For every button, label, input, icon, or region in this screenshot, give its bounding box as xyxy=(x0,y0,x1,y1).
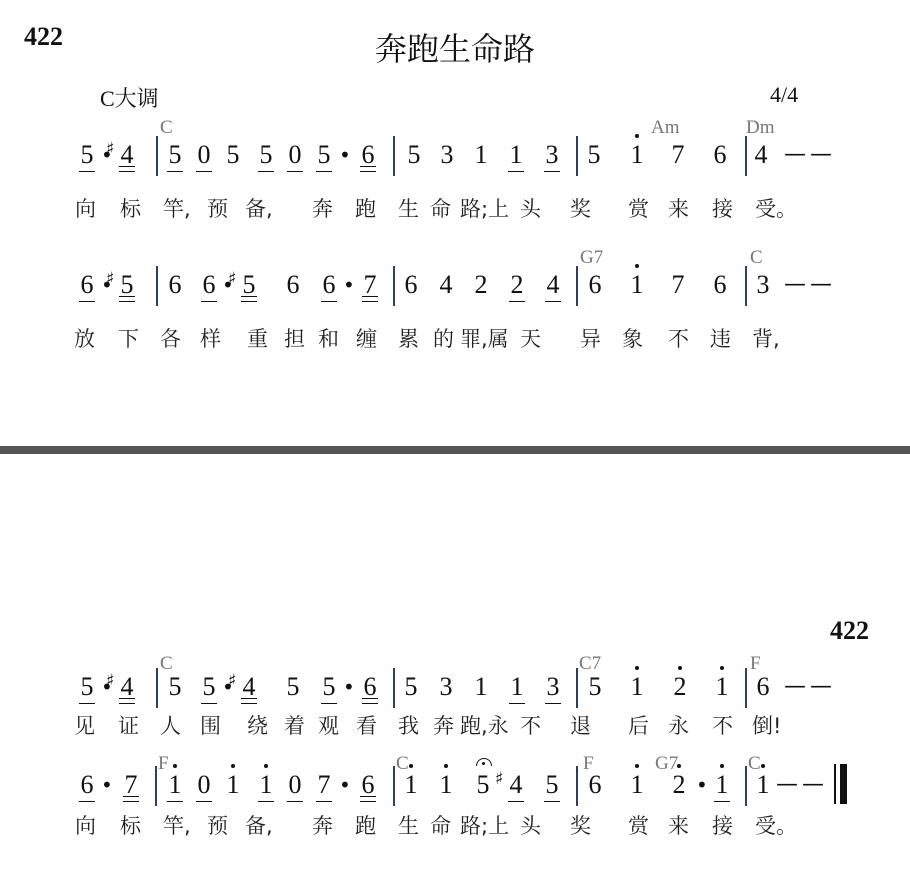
note: 3 xyxy=(752,270,774,300)
note: 5 xyxy=(313,140,335,170)
note: 1 xyxy=(255,770,277,800)
lyric-syllable: 竿, xyxy=(163,812,191,840)
lyric-syllable: 竿, xyxy=(163,195,191,223)
lyric-syllable: 不 xyxy=(712,712,733,740)
note: 3 xyxy=(542,672,564,702)
lyric-syllable: 看 xyxy=(356,712,377,740)
lyric-syllable: 跑,永 xyxy=(460,712,509,740)
lyric-syllable: 下 xyxy=(118,325,139,353)
note: 5♯ xyxy=(238,270,260,300)
lyric-syllable: 永 xyxy=(668,712,689,740)
note: 6 xyxy=(76,770,98,800)
lyric-syllable: 生 xyxy=(398,195,419,223)
note: 6 xyxy=(76,270,98,300)
bar-line xyxy=(156,136,158,176)
lyric-syllable: 备, xyxy=(245,195,273,223)
note: 7 xyxy=(313,770,335,800)
lyric-syllable: 退 xyxy=(570,712,591,740)
note: 1 xyxy=(752,770,774,800)
note: 3 xyxy=(541,140,563,170)
lyric-syllable: 奖 xyxy=(570,195,591,223)
lyric-syllable: 人 xyxy=(160,712,181,740)
chord-symbol: Dm xyxy=(746,118,775,138)
lyric-syllable: 命 xyxy=(430,812,451,840)
bar-line xyxy=(393,668,395,708)
sustain-dashes: —— xyxy=(784,672,836,702)
chord-symbol: C xyxy=(160,118,173,138)
sharp-icon: ♯ xyxy=(106,666,114,696)
sustain-dashes: —— xyxy=(784,270,836,300)
lyric-syllable: 生 xyxy=(398,812,419,840)
dotted-note-dot: • xyxy=(696,770,708,800)
note: 4 xyxy=(750,140,772,170)
bar-line xyxy=(745,136,747,176)
lyric-syllable: 象 xyxy=(622,325,643,353)
lyric-syllable: 受。 xyxy=(755,812,797,840)
bar-line xyxy=(576,668,578,708)
lyric-syllable: 向 xyxy=(75,195,96,223)
note: 1 xyxy=(626,770,648,800)
note: 6 xyxy=(400,270,422,300)
note: 3 xyxy=(436,140,458,170)
note: 0 xyxy=(284,770,306,800)
lyric-syllable: 奔 xyxy=(312,195,333,223)
lyric-syllable: 证 xyxy=(118,712,139,740)
lyric-syllable: 围 xyxy=(200,712,221,740)
lyric-syllable: 各 xyxy=(160,325,181,353)
dotted-note-dot: • xyxy=(343,672,355,702)
bar-line xyxy=(745,266,747,306)
time-signature: 4/4 xyxy=(770,82,798,108)
note: 5 xyxy=(198,672,220,702)
lyric-syllable: 命 xyxy=(430,195,451,223)
notation-line: 5•4♯505505•65311351764—— xyxy=(0,140,910,190)
note: 6 xyxy=(584,770,606,800)
note: 1 xyxy=(435,770,457,800)
hymn-number-bottom: 422 xyxy=(830,616,869,646)
lyric-syllable: 接 xyxy=(712,195,733,223)
note: 4 xyxy=(542,270,564,300)
note: 5 xyxy=(584,672,606,702)
note: 5 xyxy=(76,672,98,702)
lyric-syllable: 路;上 xyxy=(460,195,509,223)
lyric-syllable: 绕 xyxy=(247,712,268,740)
note: 4♯ xyxy=(238,672,260,702)
dotted-note-dot: • xyxy=(101,770,113,800)
note: 7 xyxy=(359,270,381,300)
lyric-syllable: 天 xyxy=(520,325,541,353)
note: 5 xyxy=(76,140,98,170)
note: 6 xyxy=(709,140,731,170)
lyric-syllable: 赏 xyxy=(628,812,649,840)
bar-line xyxy=(576,766,578,806)
page-divider xyxy=(0,446,910,454)
lyric-syllable: 不 xyxy=(520,712,541,740)
note: 5 xyxy=(583,140,605,170)
lyrics-line: 向标竿,预备,奔跑生命路;上头奖赏来接受。 xyxy=(0,195,910,225)
note: 5 xyxy=(541,770,563,800)
note: 6 xyxy=(357,770,379,800)
key-signature: C大调 xyxy=(100,82,159,113)
lyric-syllable: 背, xyxy=(752,325,780,353)
note: 7 xyxy=(667,140,689,170)
note: 1 xyxy=(506,672,528,702)
lyric-syllable: 奔 xyxy=(433,712,454,740)
note: 1 xyxy=(505,140,527,170)
note: 6 xyxy=(359,672,381,702)
lyric-syllable: 头 xyxy=(520,195,541,223)
sharp-icon: ♯ xyxy=(106,264,114,294)
lyric-syllable: 预 xyxy=(207,812,228,840)
fermata-icon xyxy=(476,758,492,766)
note: 5 xyxy=(222,140,244,170)
song-title: 奔跑生命路 xyxy=(0,24,910,70)
note: 7 xyxy=(120,770,142,800)
lyric-syllable: 后 xyxy=(628,712,649,740)
note: 1 xyxy=(626,270,648,300)
note: 6 xyxy=(709,270,731,300)
note: 5 xyxy=(282,672,304,702)
note: 1 xyxy=(470,672,492,702)
note: 1 xyxy=(711,672,733,702)
lyric-syllable: 来 xyxy=(668,195,689,223)
note: 1 xyxy=(400,770,422,800)
lyric-syllable: 跑 xyxy=(355,195,376,223)
note: 2 xyxy=(470,270,492,300)
lyric-syllable: 异 xyxy=(580,325,601,353)
note: 4♯ xyxy=(116,140,138,170)
lyric-syllable: 头 xyxy=(520,812,541,840)
note: 2 xyxy=(669,672,691,702)
lyric-syllable: 违 xyxy=(710,325,731,353)
bar-line xyxy=(393,266,395,306)
note: 4♯ xyxy=(116,672,138,702)
note: 6 xyxy=(282,270,304,300)
lyric-syllable: 奖 xyxy=(570,812,591,840)
lyric-syllable: 和 xyxy=(318,325,339,353)
dotted-note-dot: • xyxy=(343,270,355,300)
note: 1 xyxy=(626,672,648,702)
sharp-icon: ♯ xyxy=(106,134,114,164)
sharp-icon: ♯ xyxy=(228,264,236,294)
chord-symbol: Am xyxy=(651,118,680,138)
lyric-syllable: 赏 xyxy=(628,195,649,223)
note: 5 xyxy=(255,140,277,170)
lyric-syllable: 我 xyxy=(398,712,419,740)
note: 4 xyxy=(435,270,457,300)
note: 5 xyxy=(164,140,186,170)
chord-symbol: C xyxy=(160,654,173,674)
lyric-syllable: 备, xyxy=(245,812,273,840)
lyric-syllable: 不 xyxy=(668,325,689,353)
bar-line xyxy=(156,266,158,306)
sharp-icon: ♯ xyxy=(495,764,503,794)
dotted-note-dot: • xyxy=(339,770,351,800)
bar-line xyxy=(576,136,578,176)
lyric-syllable: 路;上 xyxy=(460,812,509,840)
bar-line xyxy=(745,668,747,708)
note: 5 xyxy=(318,672,340,702)
chord-symbol: G7 xyxy=(580,248,603,268)
sustain-dashes: —— xyxy=(776,770,828,800)
sustain-dashes: —— xyxy=(784,140,836,170)
note: 1 xyxy=(470,140,492,170)
note: 6 xyxy=(752,672,774,702)
note: 6 xyxy=(357,140,379,170)
notation-line: 6•5♯66•5♯66•76422461763—— xyxy=(0,270,910,320)
bar-line xyxy=(745,766,747,806)
note: 6 xyxy=(198,270,220,300)
lyric-syllable: 重 xyxy=(247,325,268,353)
lyric-syllable: 观 xyxy=(318,712,339,740)
lyric-syllable: 奔 xyxy=(312,812,333,840)
dotted-note-dot: • xyxy=(339,140,351,170)
note: 5 xyxy=(472,770,494,800)
note: 6 xyxy=(318,270,340,300)
lyrics-line: 向标竿,预备,奔跑生命路;上头奖赏来接受。 xyxy=(0,812,910,842)
lyric-syllable: 的 xyxy=(433,325,454,353)
note: 6 xyxy=(584,270,606,300)
note: 4♯ xyxy=(505,770,527,800)
note: 5♯ xyxy=(116,270,138,300)
lyric-syllable: 来 xyxy=(668,812,689,840)
note: 6 xyxy=(164,270,186,300)
lyric-syllable: 着 xyxy=(284,712,305,740)
note: 0 xyxy=(284,140,306,170)
lyric-syllable: 罪,属 xyxy=(460,325,509,353)
bar-line xyxy=(393,766,395,806)
bar-line xyxy=(156,668,158,708)
chord-symbol: C xyxy=(750,248,763,268)
note: 0 xyxy=(193,140,215,170)
note: 5 xyxy=(403,140,425,170)
lyric-syllable: 累 xyxy=(398,325,419,353)
bar-line xyxy=(576,266,578,306)
lyric-syllable: 受。 xyxy=(755,195,797,223)
note: 0 xyxy=(193,770,215,800)
lyric-syllable: 向 xyxy=(75,812,96,840)
lyrics-line: 见证人围绕着观看我奔跑,永不退后永不倒! xyxy=(0,712,910,742)
lyrics-line: 放下各样重担和缠累的罪,属天异象不违背, xyxy=(0,325,910,355)
note: 7 xyxy=(667,270,689,300)
lyric-syllable: 接 xyxy=(712,812,733,840)
note: 2 xyxy=(506,270,528,300)
note: 2 xyxy=(668,770,690,800)
note: 3 xyxy=(435,672,457,702)
note: 5 xyxy=(164,672,186,702)
lyric-syllable: 样 xyxy=(200,325,221,353)
lyric-syllable: 见 xyxy=(74,712,95,740)
note: 1 xyxy=(222,770,244,800)
lyric-syllable: 预 xyxy=(207,195,228,223)
bar-line xyxy=(155,766,157,806)
note: 1 xyxy=(164,770,186,800)
chord-symbol: F xyxy=(750,654,761,674)
sharp-icon: ♯ xyxy=(228,666,236,696)
bar-line xyxy=(393,136,395,176)
chord-symbol: C7 xyxy=(579,654,601,674)
note: 5 xyxy=(400,672,422,702)
note: 1 xyxy=(626,140,648,170)
lyric-syllable: 跑 xyxy=(355,812,376,840)
lyric-syllable: 标 xyxy=(120,195,141,223)
lyric-syllable: 缠 xyxy=(356,325,377,353)
lyric-syllable: 倒! xyxy=(752,712,781,740)
note: 1 xyxy=(711,770,733,800)
lyric-syllable: 放 xyxy=(74,325,95,353)
lyric-syllable: 标 xyxy=(120,812,141,840)
lyric-syllable: 担 xyxy=(284,325,305,353)
